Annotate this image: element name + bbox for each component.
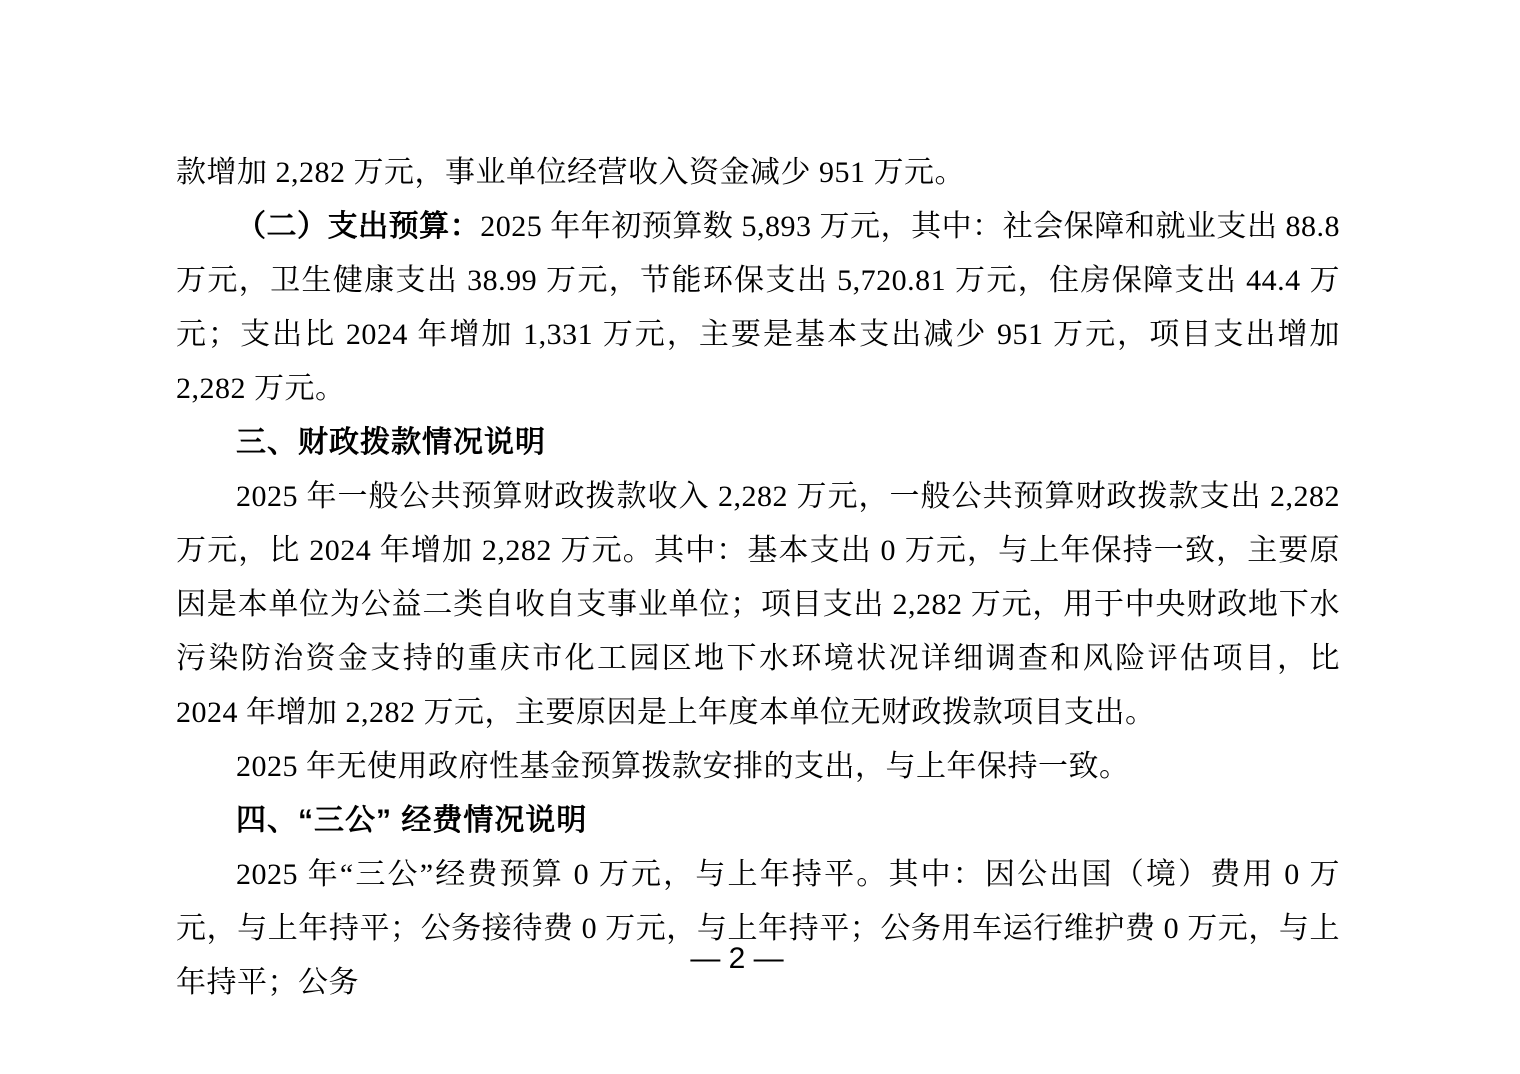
page-number: — 2 — xyxy=(0,941,1497,977)
section-heading: 三、财政拨款情况说明 xyxy=(176,416,1340,470)
paragraph: 款增加 2,282 万元，事业单位经营收入资金减少 951 万元。 xyxy=(176,146,1340,200)
paragraph: 2025 年一般公共预算财政拨款收入 2,282 万元，一般公共预算财政拨款支出… xyxy=(176,470,1340,740)
paragraph: （二）支出预算：2025 年年初预算数 5,893 万元，其中：社会保障和就业支… xyxy=(176,200,1340,416)
document-body: 款增加 2,282 万元，事业单位经营收入资金减少 951 万元。 （二）支出预… xyxy=(176,146,1340,1010)
section-heading: 四、“三公” 经费情况说明 xyxy=(176,794,1340,848)
paragraph-lead: （二）支出预算： xyxy=(236,210,480,243)
paragraph: 2025 年“三公”经费预算 0 万元，与上年持平。其中：因公出国（境）费用 0… xyxy=(176,848,1340,1010)
paragraph-text: 2025 年一般公共预算财政拨款收入 2,282 万元，一般公共预算财政拨款支出… xyxy=(176,480,1340,729)
paragraph: 2025 年无使用政府性基金预算拨款安排的支出，与上年保持一致。 xyxy=(176,740,1340,794)
paragraph-text: 2025 年无使用政府性基金预算拨款安排的支出，与上年保持一致。 xyxy=(236,750,1130,783)
paragraph-text: 款增加 2,282 万元，事业单位经营收入资金减少 951 万元。 xyxy=(176,156,965,189)
document-page: 款增加 2,282 万元，事业单位经营收入资金减少 951 万元。 （二）支出预… xyxy=(0,0,1520,1074)
paragraph-text: 2025 年“三公”经费预算 0 万元，与上年持平。其中：因公出国（境）费用 0… xyxy=(176,858,1340,999)
